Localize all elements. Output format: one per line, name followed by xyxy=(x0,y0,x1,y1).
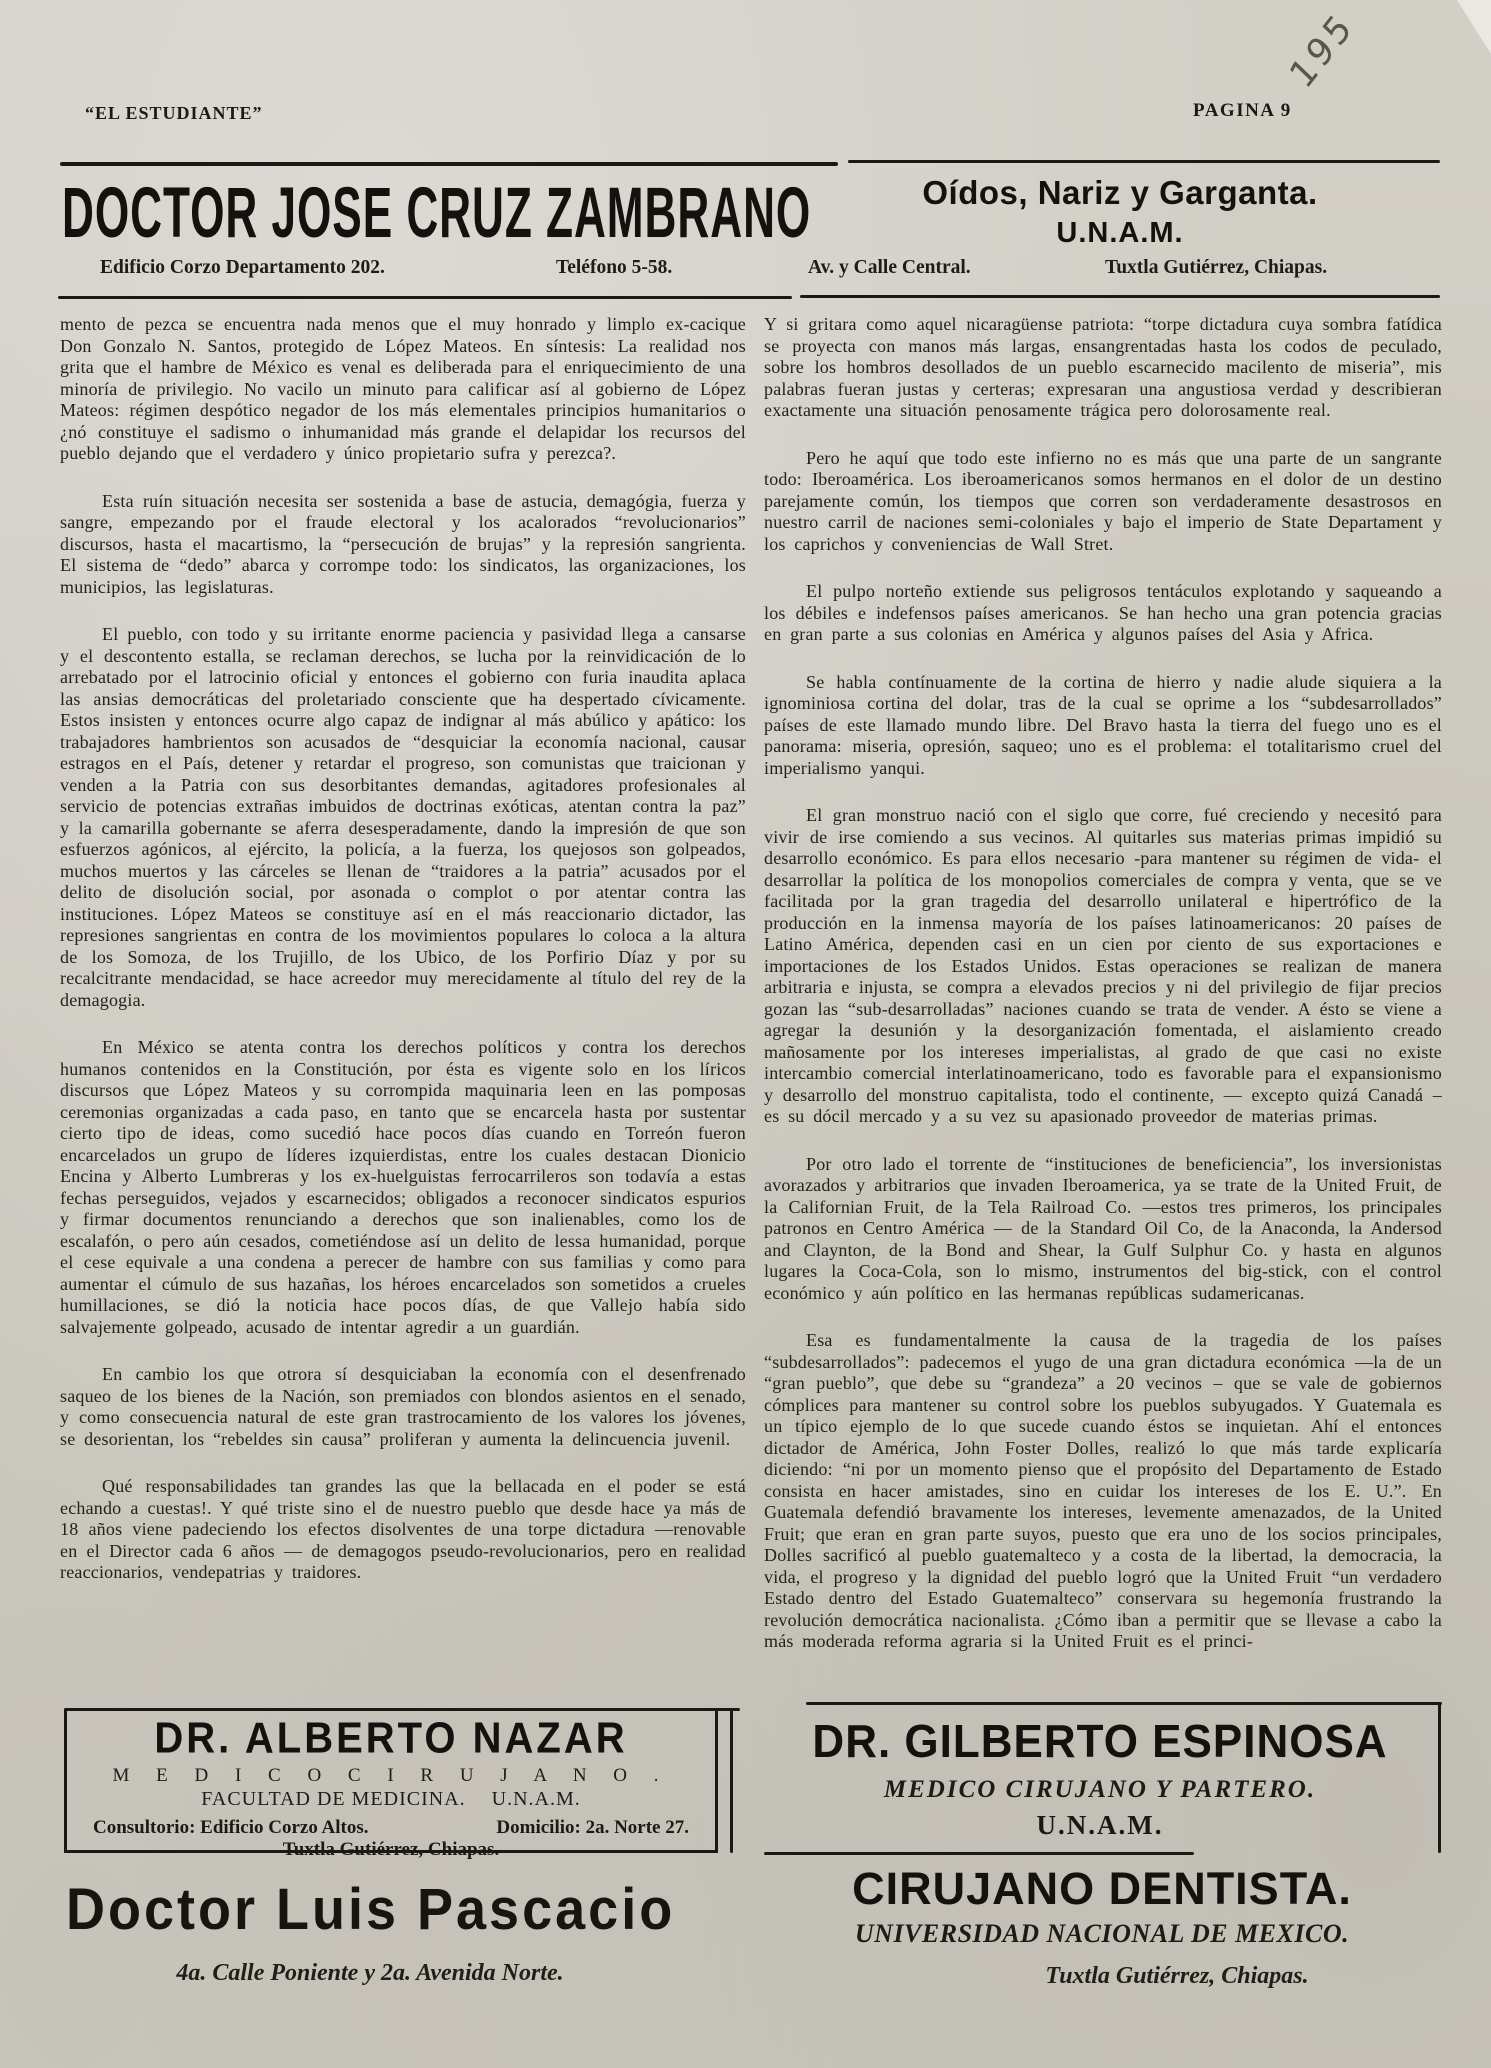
header-divider-right xyxy=(800,295,1440,298)
ad-zambrano-city: Tuxtla Gutiérrez, Chiapas. xyxy=(1105,257,1327,279)
paragraph: Por otro lado el torrente de “institucio… xyxy=(764,1154,1442,1305)
ad-nazar-institution: U.N.A.M. xyxy=(492,1788,581,1810)
ad-dentista-university: UNIVERSIDAD NACIONAL DE MEXICO. xyxy=(764,1919,1440,1949)
ad-nazar-office: Consultorio: Edificio Corzo Altos. xyxy=(93,1817,369,1839)
ad-nazar: DR. ALBERTO NAZAR M E D I C O C I R U J … xyxy=(64,1710,718,1853)
paragraph: Se habla contínuamente de la cortina de … xyxy=(764,672,1442,780)
ad-zambrano-office-address: Edificio Corzo Departamento 202. xyxy=(100,257,385,279)
handwritten-page-number: 195 xyxy=(1283,4,1362,96)
article-column-left: mento de pezca se encuentra nada menos q… xyxy=(60,314,746,1610)
article-column-right: Y si gritara como aquel nicaragüense pat… xyxy=(764,314,1442,1679)
ad-nazar-city: Tuxtla Gutiérrez, Chiapas. xyxy=(67,1839,715,1861)
paragraph: El pueblo, con todo y su irritante enorm… xyxy=(60,624,746,1011)
masthead-title: “EL ESTUDIANTE” xyxy=(85,103,263,124)
paragraph: Y si gritara como aquel nicaragüense pat… xyxy=(764,314,1442,422)
ad-nazar-faculty: FACULTAD DE MEDICINA. xyxy=(201,1788,465,1810)
masthead-rule-left xyxy=(60,162,838,166)
ad-espinosa-name: DR. GILBERTO ESPINOSA xyxy=(780,1716,1420,1769)
header-divider-left xyxy=(58,296,792,299)
ad-zambrano-street-address: Av. y Calle Central. xyxy=(808,257,971,279)
ad-espinosa-institution: U.N.A.M. xyxy=(780,1810,1420,1841)
paragraph: mento de pezca se encuentra nada menos q… xyxy=(60,314,746,465)
ad-espinosa: DR. GILBERTO ESPINOSA MEDICO CIRUJANO Y … xyxy=(780,1716,1420,1841)
paragraph: Esta ruín situación necesita ser sosteni… xyxy=(60,491,746,599)
ad-espinosa-right-rule xyxy=(1438,1702,1441,1853)
ad-dentista-title: CIRUJANO DENTISTA. xyxy=(764,1863,1440,1915)
ad-nazar-name: DR. ALBERTO NAZAR xyxy=(67,1714,715,1764)
ad-nazar-home: Domicilio: 2a. Norte 27. xyxy=(496,1817,689,1839)
ad-nazar-double-rule xyxy=(730,1710,733,1853)
masthead-rule-right xyxy=(848,160,1440,163)
ad-dentista-city: Tuxtla Gutiérrez, Chiapas. xyxy=(914,1963,1440,1990)
ad-zambrano-institution: U.N.A.M. xyxy=(885,217,1355,250)
ad-zambrano-phone: Teléfono 5-58. xyxy=(556,257,672,279)
newspaper-page: 195 “EL ESTUDIANTE” PAGINA 9 DOCTOR JOSE… xyxy=(0,0,1491,2068)
ad-espinosa-top-rule xyxy=(806,1702,1442,1705)
ad-pascacio-name: Doctor Luis Pascacio xyxy=(66,1876,706,1943)
ad-pascacio-address: 4a. Calle Poniente y 2a. Avenida Norte. xyxy=(70,1960,670,1987)
ad-espinosa-bottom-rule xyxy=(764,1852,1194,1855)
paragraph: En cambio los que otrora sí desquiciaban… xyxy=(60,1364,746,1450)
ad-zambrano-specialty: Oídos, Nariz y Garganta. xyxy=(885,174,1355,212)
ad-zambrano-specialty-block: Oídos, Nariz y Garganta. U.N.A.M. xyxy=(885,174,1355,250)
ad-nazar-title: M E D I C O C I R U J A N O . xyxy=(67,1765,715,1787)
torn-paper-corner xyxy=(1457,0,1491,54)
ad-dentista: CIRUJANO DENTISTA. UNIVERSIDAD NACIONAL … xyxy=(764,1863,1440,1990)
paragraph: Qué responsabilidades tan grandes las qu… xyxy=(60,1476,746,1584)
paragraph: El gran monstruo nació con el siglo que … xyxy=(764,805,1442,1128)
paragraph: En México se atenta contra los derechos … xyxy=(60,1037,746,1338)
ad-nazar-faculty-line: FACULTAD DE MEDICINA.U.N.A.M. xyxy=(67,1788,715,1811)
ad-espinosa-title: MEDICO CIRUJANO Y PARTERO. xyxy=(780,1776,1420,1804)
ad-nazar-addresses: Consultorio: Edificio Corzo Altos. Domic… xyxy=(67,1817,715,1839)
ad-zambrano-name: DOCTOR JOSE CRUZ ZAMBRANO xyxy=(62,170,805,254)
page-number: PAGINA 9 xyxy=(1193,100,1292,122)
paragraph: El pulpo norteño extiende sus peligrosos… xyxy=(764,581,1442,646)
paragraph: Esa es fundamentalmente la causa de la t… xyxy=(764,1330,1442,1653)
paragraph: Pero he aquí que todo este infierno no e… xyxy=(764,448,1442,556)
